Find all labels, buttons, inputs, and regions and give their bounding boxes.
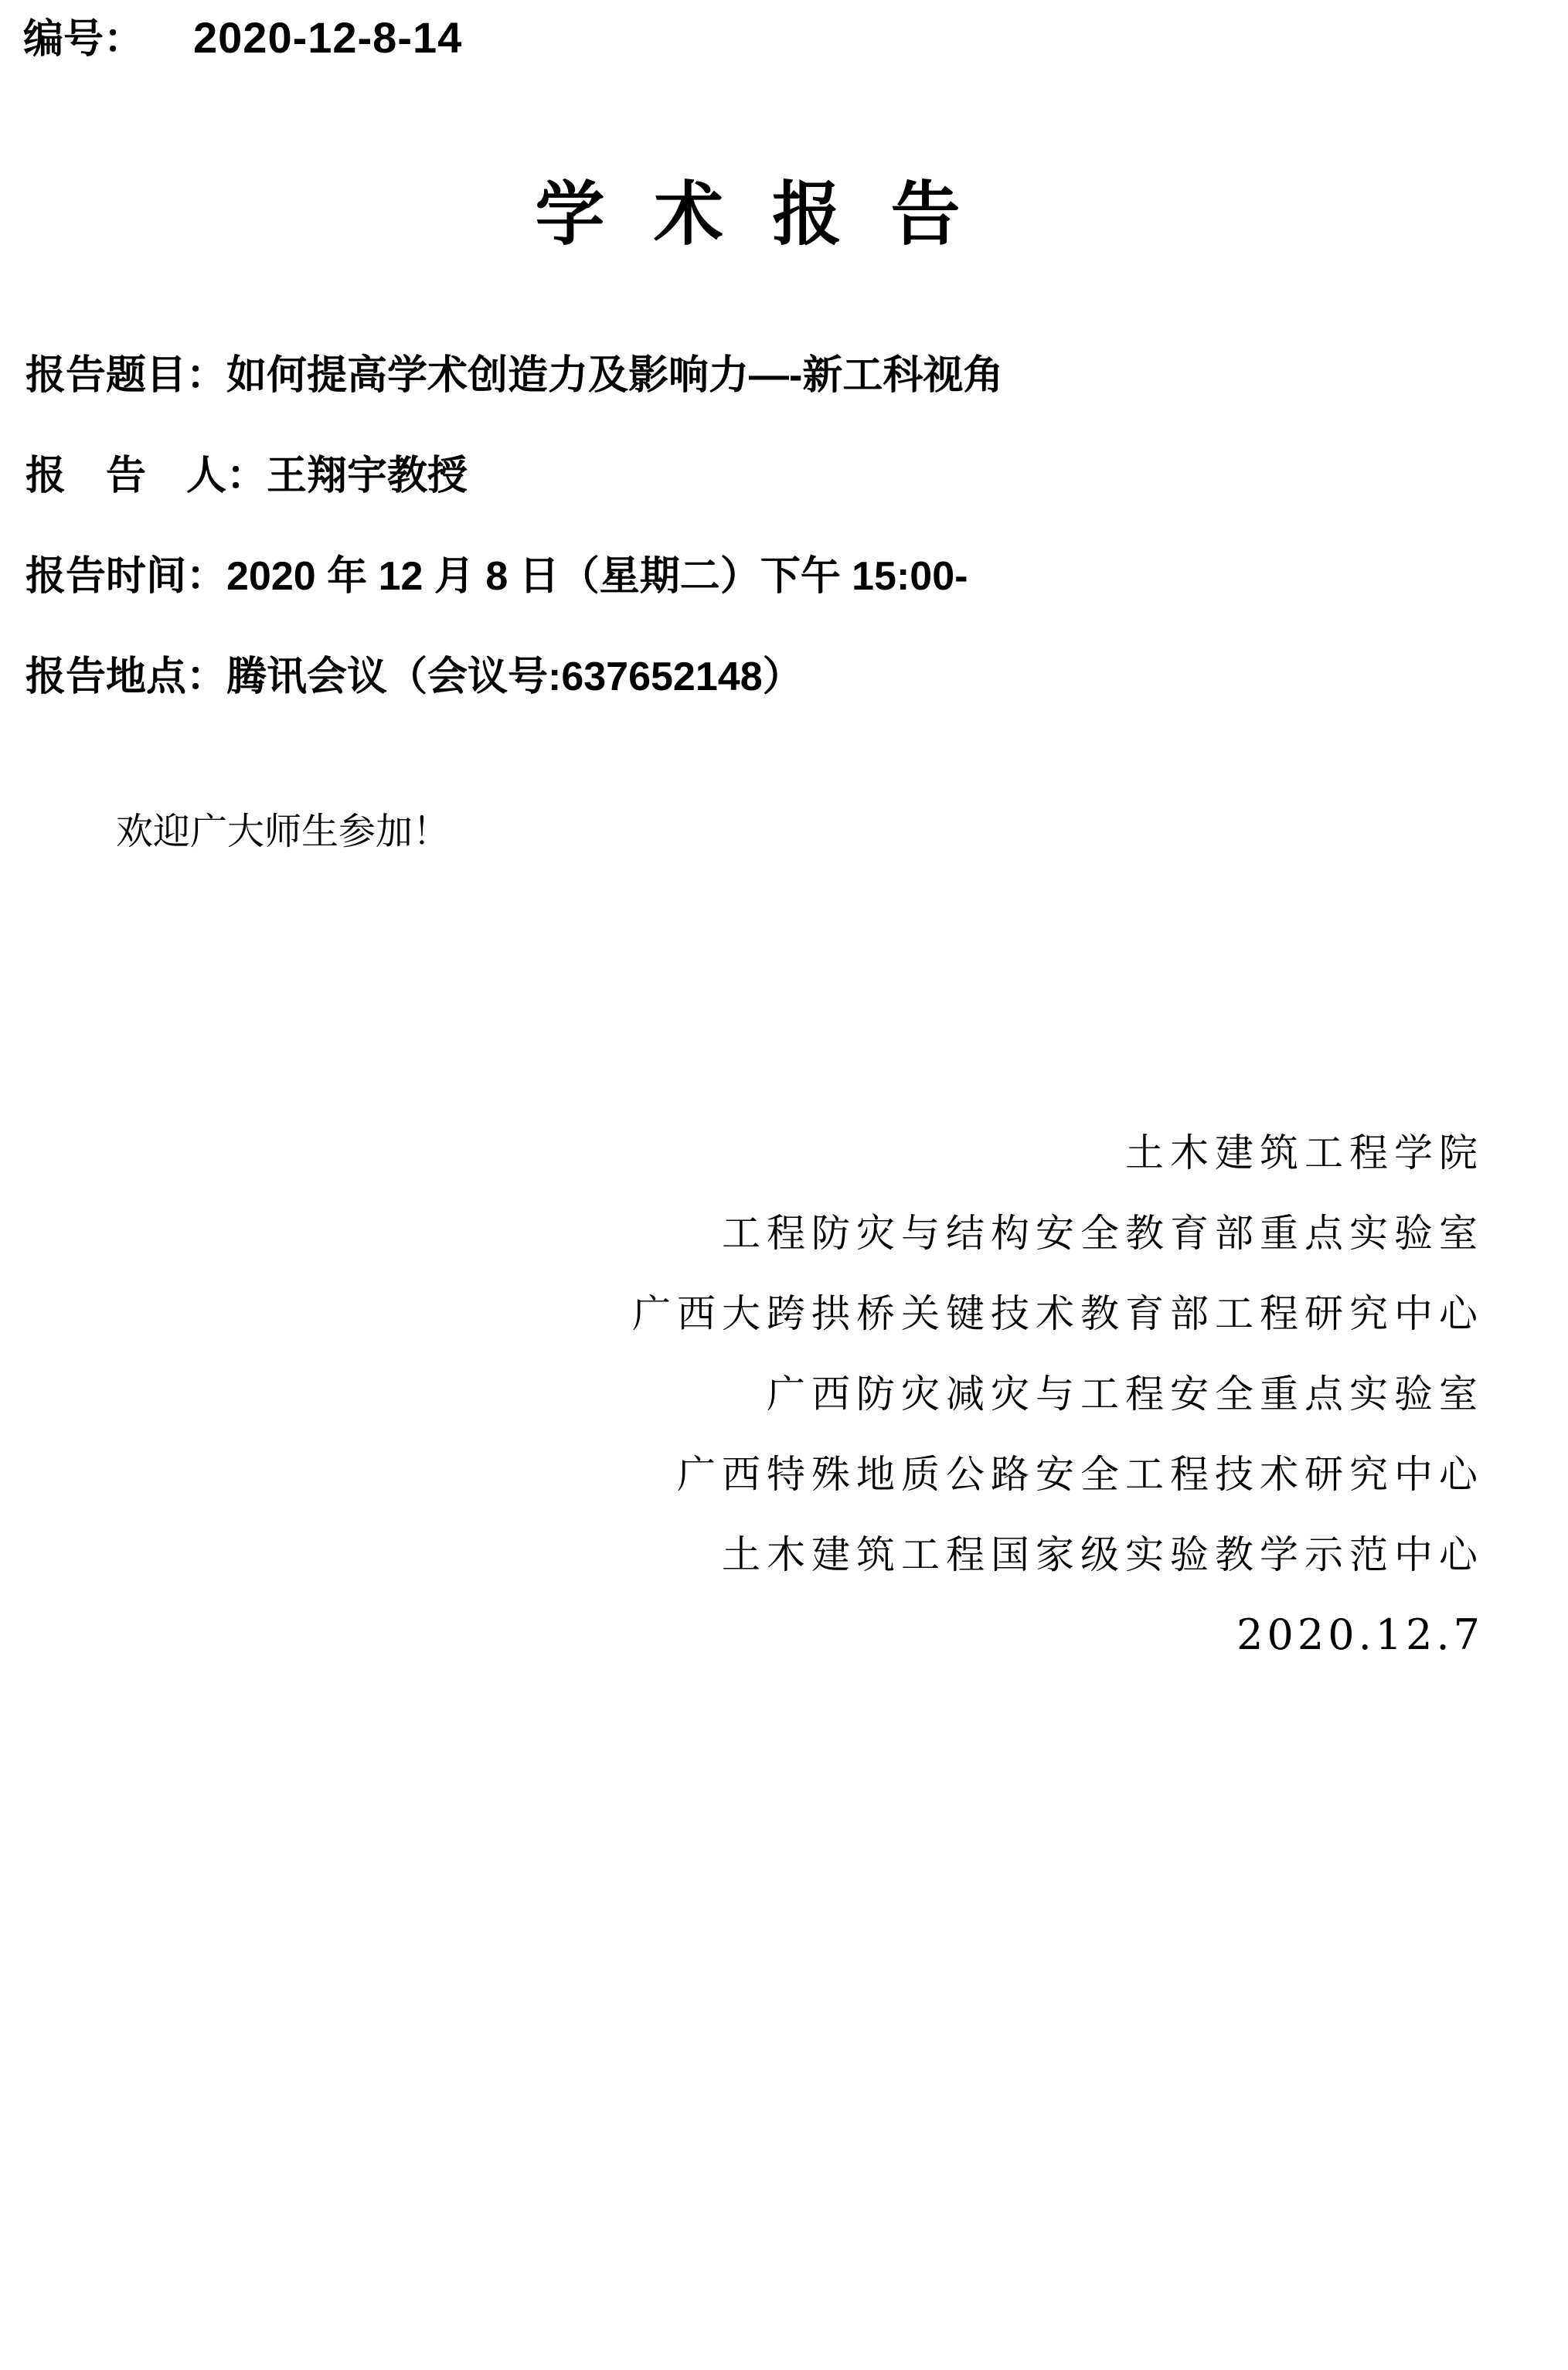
- organizer-block: 土木建筑工程学院 工程防灾与结构安全教育部重点实验室 广西大跨拱桥关键技术教育部…: [632, 1113, 1484, 1675]
- report-time-value: 2020 年 12 月 8 日（星期二）下午 15:00-: [226, 554, 968, 599]
- report-location-line: 报告地点：腾讯会议（会议号:637652148）: [26, 655, 1003, 699]
- organizer-line: 土木建筑工程国家级实验教学示范中心: [632, 1515, 1484, 1595]
- welcome-text: 欢迎广大师生参加！: [116, 810, 450, 853]
- report-info-block: 报告题目：如何提高学术创造力及影响力—-新工科视角 报 告 人：王翔宇教授 报告…: [26, 354, 1003, 756]
- report-time-label: 报告时间：: [26, 554, 226, 599]
- organizer-line: 土木建筑工程学院: [632, 1113, 1484, 1193]
- serial-number-value: 2020-12-8-14: [193, 13, 462, 62]
- organizer-line: 广西大跨拱桥关键技术教育部工程研究中心: [632, 1273, 1484, 1354]
- report-speaker-value: 王翔宇教授: [267, 454, 468, 498]
- report-speaker-label: 报 告 人：: [26, 454, 267, 498]
- report-location-value: 腾讯会议（会议号:637652148）: [226, 655, 803, 699]
- announcement-page: 编号：2020-12-8-14 学 术 报 告 报告题目：如何提高学术创造力及影…: [0, 0, 1568, 2370]
- report-topic-value: 如何提高学术创造力及影响力—-新工科视角: [226, 353, 1003, 398]
- report-topic-line: 报告题目：如何提高学术创造力及影响力—-新工科视角: [26, 354, 1003, 397]
- serial-number-line: 编号：2020-12-8-14: [23, 14, 462, 73]
- report-topic-label: 报告题目：: [26, 353, 226, 398]
- report-time-line: 报告时间：2020 年 12 月 8 日（星期二）下午 15:00-: [26, 555, 1003, 598]
- organizer-line: 工程防灾与结构安全教育部重点实验室: [632, 1193, 1484, 1273]
- report-location-label: 报告地点：: [26, 655, 226, 699]
- organizer-line: 广西防灾减灾与工程安全重点实验室: [632, 1354, 1484, 1434]
- page-title: 学 术 报 告: [0, 172, 1508, 257]
- organizer-line: 广西特殊地质公路安全工程技术研究中心: [632, 1434, 1484, 1515]
- report-speaker-line: 报 告 人：王翔宇教授: [26, 454, 1003, 498]
- serial-number-label: 编号：: [23, 15, 144, 63]
- date-text: 2020.12.7: [632, 1595, 1484, 1675]
